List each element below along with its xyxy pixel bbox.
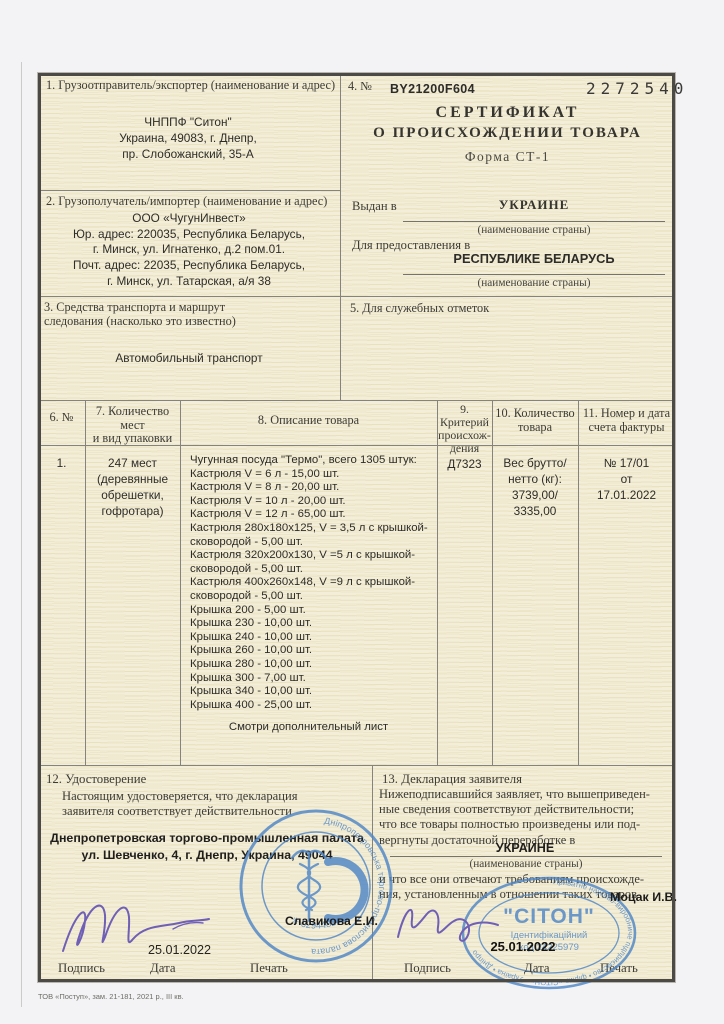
declaration-text: Нижеподписавшийся заявляет, что вышеприв… <box>379 787 671 848</box>
certificate-title-line1: СЕРТИФИКАТ <box>340 104 675 122</box>
col-header-no: 6. № <box>38 410 85 424</box>
table-col-line-4 <box>492 400 493 765</box>
divider-upper-vertical <box>340 73 341 400</box>
row-quantity: Вес брутто/ нетто (кг): 3739,00/ 3335,00 <box>492 455 578 519</box>
row-number: 1. <box>38 455 85 471</box>
consignor-address: ЧНППФ "Ситон" Украина, 49083, г. Днепр, … <box>68 114 308 162</box>
table-header-line <box>38 445 675 446</box>
transport-means: Автомобильный транспорт <box>78 350 300 366</box>
col-header-description: 8. Описание товара <box>180 413 437 427</box>
stamp-ring-text: Дніпропетровська торгово-промислова пала… <box>311 816 387 958</box>
box12-date-label: Дата <box>150 961 176 975</box>
row-description: Чугунная посуда "Термо", всего 1305 штук… <box>190 454 435 712</box>
col-header-invoice: 11. Номер и дата счета фактуры <box>578 407 675 434</box>
table-col-line-1 <box>85 400 86 765</box>
certifier-name: Славикова Е.И. <box>285 913 405 929</box>
certificate-frame: 1. Грузоотправитель/экспортер (наименова… <box>38 73 675 982</box>
row-see-additional-sheet: Смотри дополнительный лист <box>180 721 437 735</box>
box1-label: 1. Грузоотправитель/экспортер (наименова… <box>46 78 336 92</box>
print-house-note: ТОВ «Поступ», зам. 21-181, 2021 р., ІІІ … <box>38 992 184 1001</box>
table-col-line-5 <box>578 400 579 765</box>
box4-label: 4. № <box>348 79 372 93</box>
certificate-number: BY21200F604 <box>390 81 475 97</box>
certificate-serial: 2272540 <box>586 79 688 98</box>
presented-country: РЕСПУБЛИКЕ БЕЛАРУСЬ <box>403 251 665 267</box>
table-bottom-line <box>38 765 675 766</box>
scan-edge-artifact <box>21 62 22 1007</box>
declarant-name: Моцак И.В. <box>610 889 690 905</box>
certificate-page: 1. Грузоотправитель/экспортер (наименова… <box>0 0 724 1024</box>
presented-underline <box>403 274 665 275</box>
box13-date-label: Дата <box>524 961 550 975</box>
col-header-quantity: 10. Количество товара <box>492 407 578 434</box>
form-type: Форма СТ-1 <box>340 149 675 165</box>
box12-label: 12. Удостоверение <box>46 772 146 786</box>
declaration-country-note: (наименование страны) <box>390 858 662 870</box>
issued-underline <box>403 221 665 222</box>
box3-label: 3. Средства транспорта и маршрут следова… <box>44 300 324 328</box>
consignee-address: ООО «ЧугунИнвест» Юр. адрес: 220035, Рес… <box>42 211 336 290</box>
issued-in-label: Выдан в <box>352 199 397 213</box>
caduceus-icon <box>292 851 365 920</box>
box5-label: 5. Для служебных отметок <box>350 301 489 315</box>
box12-signature-label: Подпись <box>58 961 105 975</box>
svg-text:Дніпропетровська торгово-проми: Дніпропетровська торгово-промислова пала… <box>311 816 387 958</box>
issued-country-note: (наименование страны) <box>403 224 665 236</box>
siton-stamp-name: "СІТОН" <box>503 905 595 928</box>
chamber-round-stamp: Дніпропетровська торгово-промислова пала… <box>236 806 396 966</box>
divider-row-bc <box>38 296 675 297</box>
box13-label: 13. Декларация заявителя <box>382 772 522 786</box>
declaration-underline <box>390 856 662 857</box>
table-col-line-2 <box>180 400 181 765</box>
table-col-line-3 <box>437 400 438 765</box>
presented-country-note: (наименование страны) <box>403 277 665 289</box>
certificate-title-line2: О ПРОИСХОЖДЕНИИ ТОВАРА <box>340 125 675 142</box>
row-criterion: Д7323 <box>437 456 492 472</box>
presented-in-label: Для предоставления в <box>352 238 470 252</box>
declaration-country: УКРАИНЕ <box>390 840 660 856</box>
declarant-date: 25.01.2022 <box>468 939 578 955</box>
certifier-signature <box>53 891 223 961</box>
box2-label: 2. Грузополучатель/импортер (наименовани… <box>46 194 340 208</box>
issued-country: УКРАИНЕ <box>403 197 665 213</box>
col-header-packages: 7. Количество мест и вид упаковки <box>85 405 180 446</box>
col-header-criterion: 9. Критерий происхож- дения <box>437 403 492 455</box>
row-packages: 247 мест (деревянные обрешетки, гофротар… <box>85 455 180 519</box>
row-invoice: № 17/01 от 17.01.2022 <box>578 455 675 503</box>
box13-signature-label: Подпись <box>404 961 451 975</box>
divider-box1-box2 <box>38 190 340 191</box>
table-top-line <box>38 400 675 401</box>
